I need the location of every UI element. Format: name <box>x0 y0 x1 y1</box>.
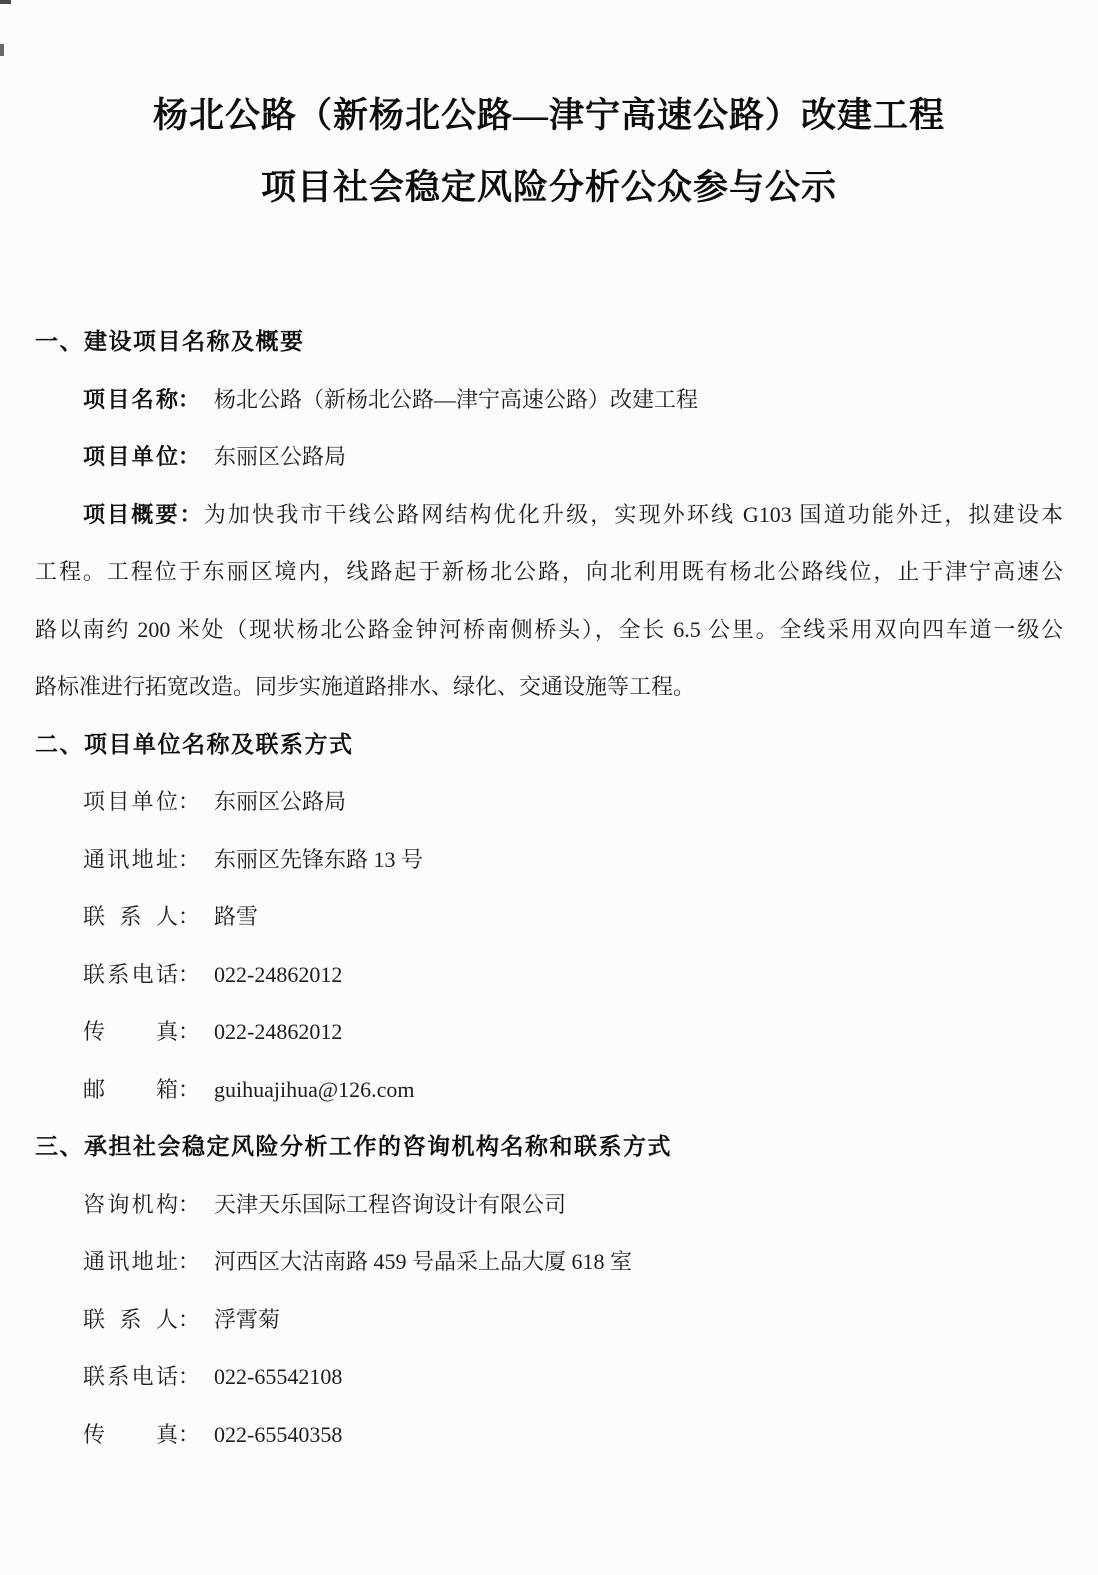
unit-address-label: 通讯地址 <box>83 831 178 889</box>
unit-address-value: 东丽区先锋东路 13 号 <box>200 847 423 872</box>
unit-contact-person-row: 联系人：路雪 <box>35 888 1063 946</box>
consultant-contact-person-label: 联系人 <box>83 1291 178 1349</box>
project-name-row: 项目名称：杨北公路（新杨北公路—津宁高速公路）改建工程 <box>35 371 1063 429</box>
consultant-contact-person-row: 联系人：浮霄菊 <box>35 1291 1063 1349</box>
colon: ： <box>178 773 200 831</box>
document-body: 一、建设项目名称及概要 项目名称：杨北公路（新杨北公路—津宁高速公路）改建工程 … <box>35 313 1063 1463</box>
unit-email-value: guihuajihua@126.com <box>200 1077 415 1102</box>
title-line-2: 项目社会稳定风险分析公众参与公示 <box>35 152 1063 224</box>
unit-address-row: 通讯地址：东丽区先锋东路 13 号 <box>35 831 1063 889</box>
colon: ： <box>178 428 200 486</box>
project-unit-label: 项目单位 <box>83 428 178 486</box>
unit-fax-row: 传真：022-24862012 <box>35 1003 1063 1061</box>
consultant-phone-value: 022-65542108 <box>200 1364 342 1389</box>
section-2-heading: 二、项目单位名称及联系方式 <box>35 716 1063 774</box>
colon: ： <box>180 502 204 527</box>
project-summary-label: 项目概要 <box>83 502 180 527</box>
consultant-name-value: 天津天乐国际工程咨询设计有限公司 <box>200 1192 566 1217</box>
consultant-phone-row: 联系电话：022-65542108 <box>35 1348 1063 1406</box>
unit-fax-value: 022-24862012 <box>200 1019 342 1044</box>
project-summary-line-4: 路标准进行拓宽改造。同步实施道路排水、绿化、交通设施等工程。 <box>35 658 1063 716</box>
project-name-value: 杨北公路（新杨北公路—津宁高速公路）改建工程 <box>200 387 698 412</box>
colon: ： <box>178 1061 200 1119</box>
unit-contact-person-value: 路雪 <box>200 904 258 929</box>
consultant-contact-person-value: 浮霄菊 <box>200 1307 280 1332</box>
consultant-phone-label: 联系电话 <box>83 1348 178 1406</box>
document-page: 杨北公路（新杨北公路—津宁高速公路）改建工程 项目社会稳定风险分析公众参与公示 … <box>0 80 1098 1463</box>
consultant-address-row: 通讯地址：河西区大沽南路 459 号晶采上品大厦 618 室 <box>35 1233 1063 1291</box>
project-summary-line-1: 项目概要：为加快我市干线公路网结构优化升级，实现外环线 G103 国道功能外迁，… <box>35 486 1063 544</box>
colon: ： <box>178 831 200 889</box>
colon: ： <box>178 371 200 429</box>
colon: ： <box>178 1233 200 1291</box>
consultant-fax-label: 传真 <box>83 1406 178 1464</box>
project-unit-row: 项目单位：东丽区公路局 <box>35 428 1063 486</box>
project-unit-value: 东丽区公路局 <box>200 444 346 469</box>
unit-phone-label: 联系电话 <box>83 946 178 1004</box>
colon: ： <box>178 1003 200 1061</box>
project-summary-line-3: 路以南约 200 米处（现状杨北公路金钟河桥南侧桥头），全长 6.5 公里。全线… <box>35 601 1063 659</box>
project-summary-line-2: 工程。工程位于东丽区境内，线路起于新杨北公路，向北利用既有杨北公路线位，止于津宁… <box>35 543 1063 601</box>
unit-fax-label: 传真 <box>83 1003 178 1061</box>
unit-phone-row: 联系电话：022-24862012 <box>35 946 1063 1004</box>
colon: ： <box>178 888 200 946</box>
section-3-heading: 三、承担社会稳定风险分析工作的咨询机构名称和联系方式 <box>35 1118 1063 1176</box>
unit-name-label: 项目单位 <box>83 773 178 831</box>
colon: ： <box>178 1176 200 1234</box>
consultant-name-row: 咨询机构：天津天乐国际工程咨询设计有限公司 <box>35 1176 1063 1234</box>
consultant-name-label: 咨询机构 <box>83 1176 178 1234</box>
scan-artifact <box>0 0 11 4</box>
unit-phone-value: 022-24862012 <box>200 962 342 987</box>
unit-contact-person-label: 联系人 <box>83 888 178 946</box>
colon: ： <box>178 946 200 1004</box>
unit-email-label: 邮箱 <box>83 1061 178 1119</box>
unit-name-value: 东丽区公路局 <box>200 789 346 814</box>
unit-email-row: 邮箱：guihuajihua@126.com <box>35 1061 1063 1119</box>
document-title: 杨北公路（新杨北公路—津宁高速公路）改建工程 项目社会稳定风险分析公众参与公示 <box>35 80 1063 224</box>
scan-artifact <box>0 44 4 56</box>
consultant-address-label: 通讯地址 <box>83 1233 178 1291</box>
title-line-1: 杨北公路（新杨北公路—津宁高速公路）改建工程 <box>35 80 1063 152</box>
unit-name-row: 项目单位：东丽区公路局 <box>35 773 1063 831</box>
section-1-heading: 一、建设项目名称及概要 <box>35 313 1063 371</box>
consultant-fax-value: 022-65540358 <box>200 1422 342 1447</box>
project-summary-text: 为加快我市干线公路网结构优化升级，实现外环线 G103 国道功能外迁，拟建设本 <box>204 502 1063 527</box>
colon: ： <box>178 1406 200 1464</box>
colon: ： <box>178 1348 200 1406</box>
colon: ： <box>178 1291 200 1349</box>
consultant-fax-row: 传真：022-65540358 <box>35 1406 1063 1464</box>
project-name-label: 项目名称 <box>83 371 178 429</box>
consultant-address-value: 河西区大沽南路 459 号晶采上品大厦 618 室 <box>200 1249 632 1274</box>
